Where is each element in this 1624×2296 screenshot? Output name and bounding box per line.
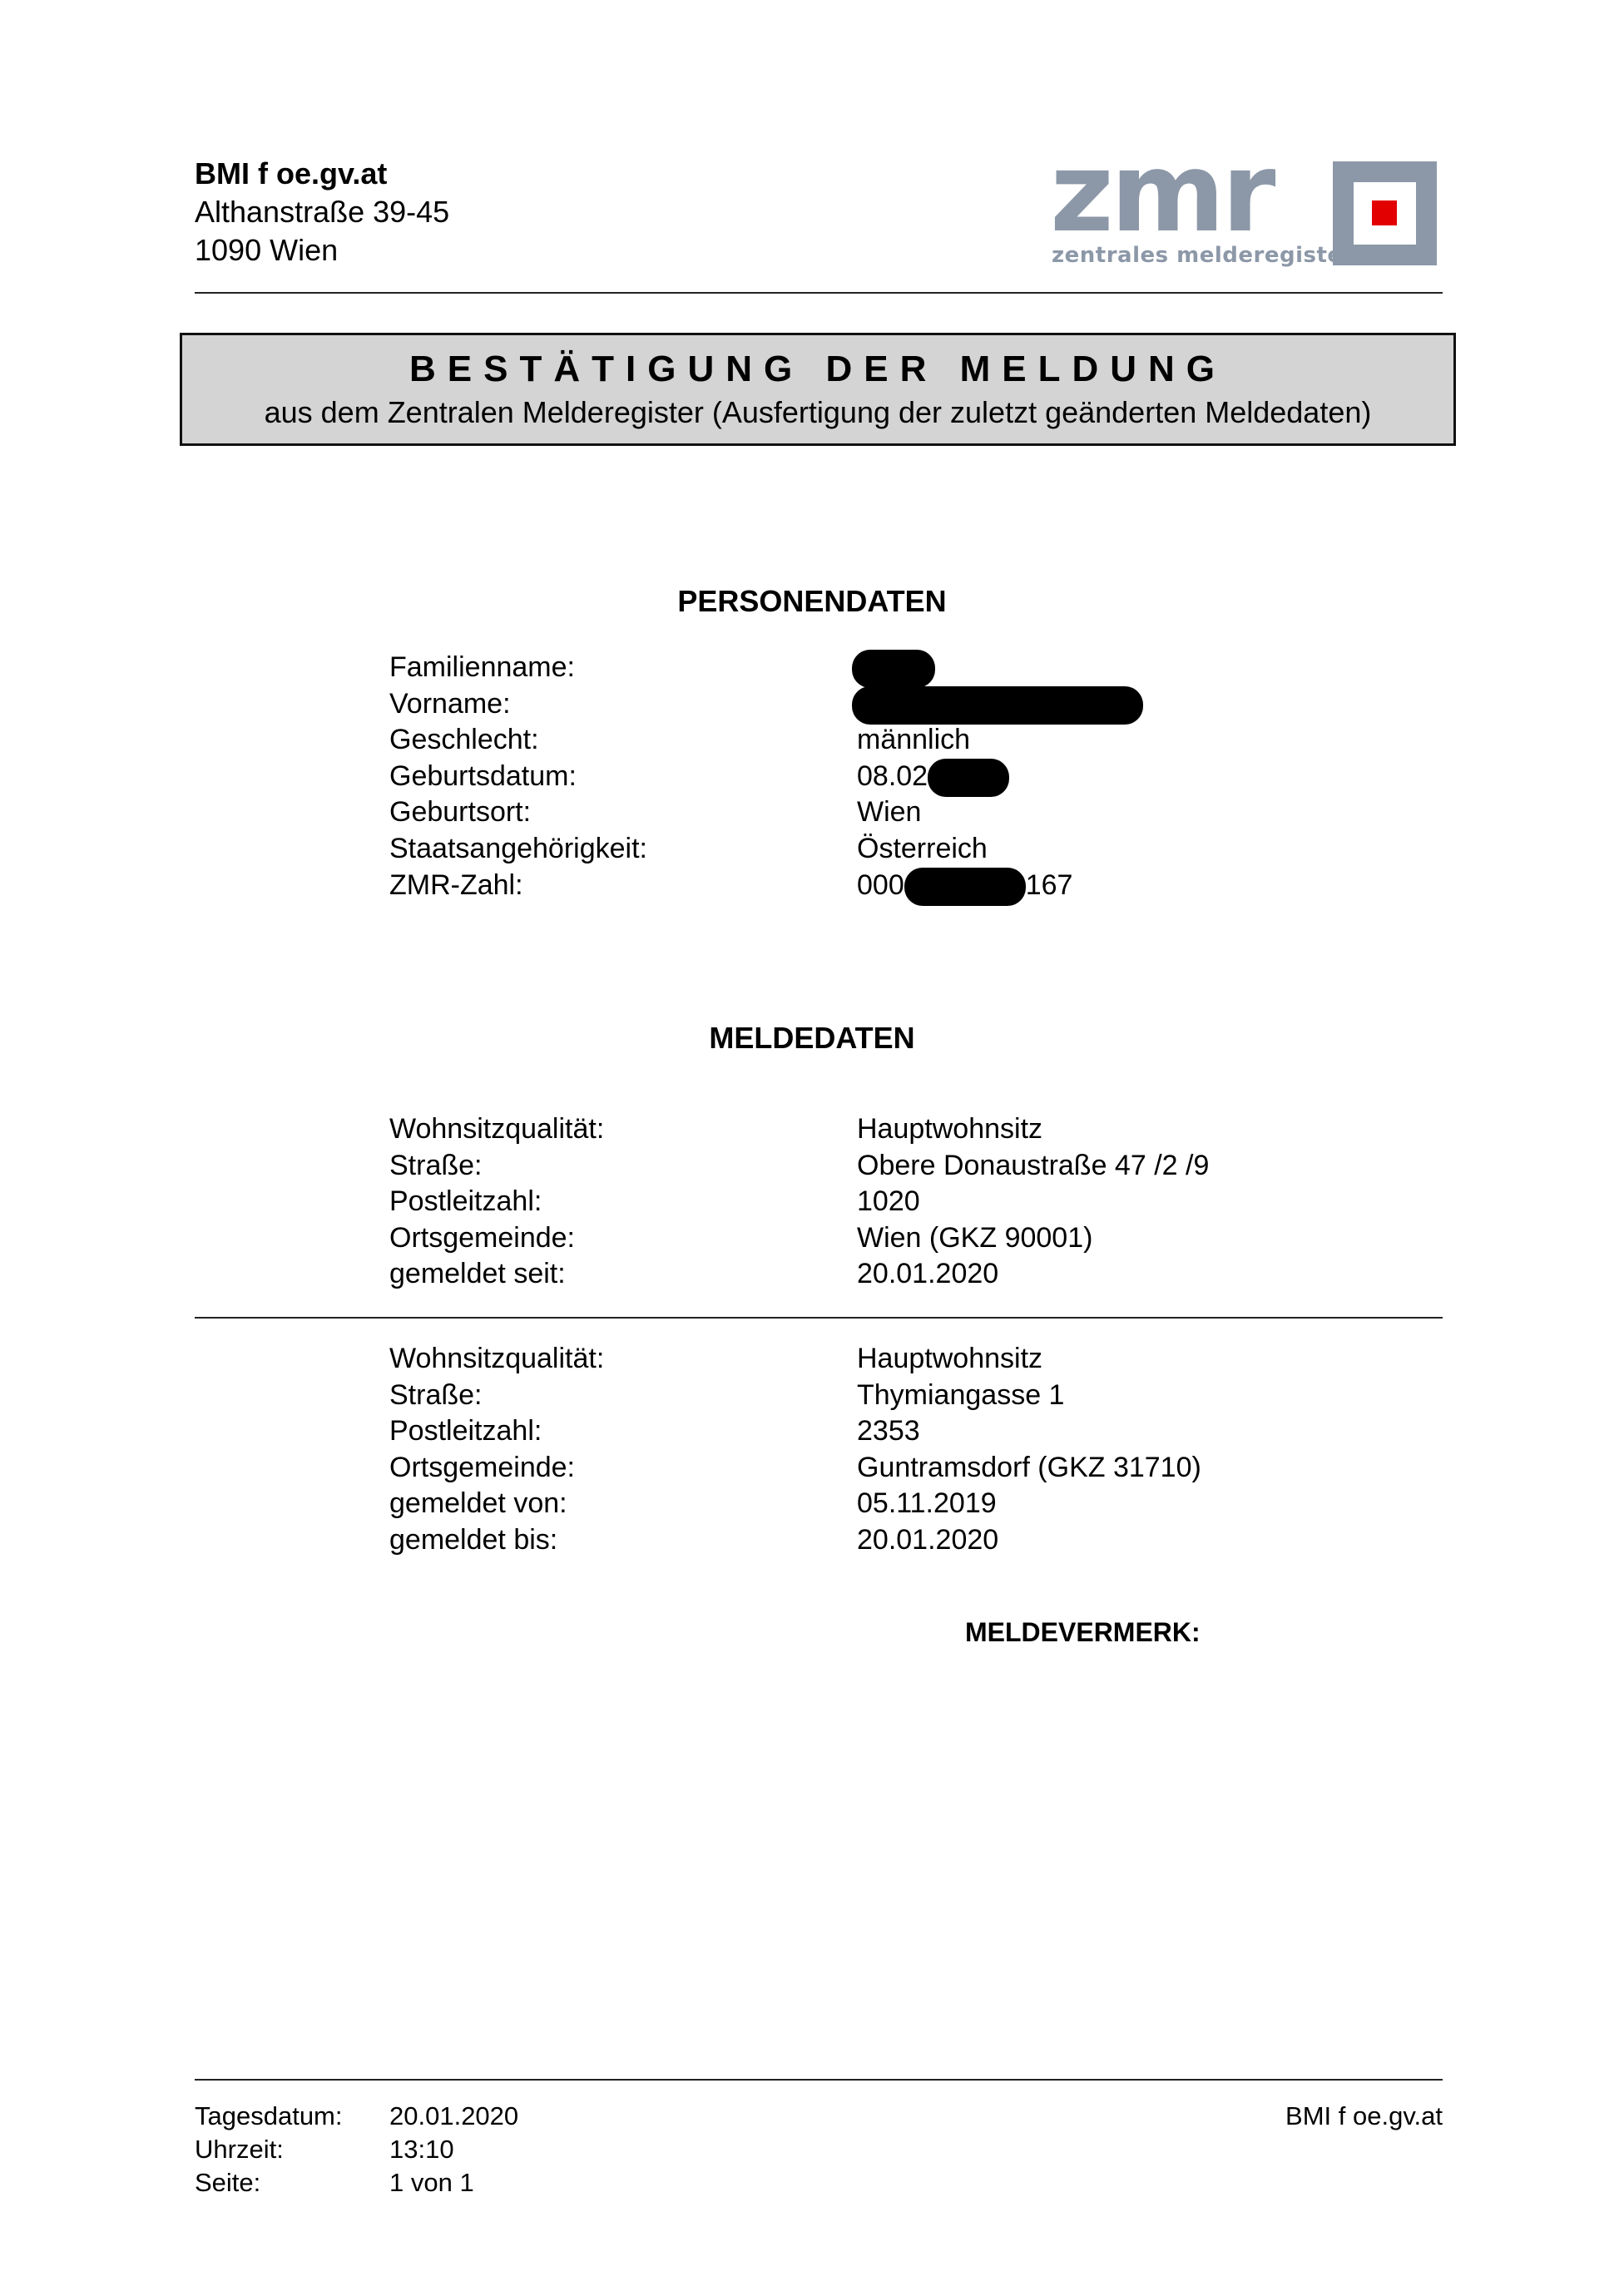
meldedaten-divider: [195, 1317, 1443, 1319]
field-value: Hauptwohnsitz: [857, 1111, 1042, 1147]
footer-value: 1 von 1: [389, 2166, 474, 2200]
field-label: gemeldet seit:: [389, 1255, 566, 1292]
field-value: Wien: [857, 794, 921, 830]
field-label: Staatsangehörigkeit:: [389, 830, 647, 867]
field-value: 08.02: [857, 758, 1009, 797]
field-label: Straße:: [389, 1147, 482, 1184]
header-divider: [195, 292, 1443, 294]
field-value: Hauptwohnsitz: [857, 1340, 1042, 1377]
field-label: gemeldet von:: [389, 1485, 567, 1522]
redaction-block: [928, 759, 1009, 797]
meldevermerk-label: MELDEVERMERK:: [965, 1617, 1201, 1648]
footer-label: Uhrzeit:: [195, 2133, 284, 2166]
field-value: männlich: [857, 721, 970, 758]
field-value: Guntramsdorf (GKZ 31710): [857, 1449, 1201, 1486]
title-box: BESTÄTIGUNG DER MELDUNG aus dem Zentrale…: [180, 333, 1456, 446]
field-value: Thymiangasse 1: [857, 1377, 1064, 1413]
field-value: 1020: [857, 1183, 920, 1220]
field-value: 20.01.2020: [857, 1255, 998, 1292]
footer-value: 13:10: [389, 2133, 454, 2166]
field-value: [852, 649, 935, 688]
field-value: 05.11.2019: [857, 1485, 997, 1522]
field-value: [852, 685, 1143, 725]
field-label: Ortsgemeinde:: [389, 1449, 575, 1486]
field-label: Geschlecht:: [389, 721, 539, 758]
footer-divider: [195, 2079, 1443, 2081]
footer-org: BMI f oe.gv.at: [1285, 2100, 1443, 2133]
field-value: Österreich: [857, 830, 988, 867]
field-value: Wien (GKZ 90001): [857, 1220, 1092, 1256]
issuer-name: BMI f oe.gv.at: [195, 155, 387, 193]
issuer-street: Althanstraße 39-45: [195, 193, 449, 231]
logo-wordmark: zmr: [1050, 138, 1272, 248]
field-label: Geburtsdatum:: [389, 758, 577, 794]
field-label: ZMR-Zahl:: [389, 867, 523, 903]
redaction-block: [904, 868, 1026, 906]
field-value: Obere Donaustraße 47 /2 /9: [857, 1147, 1209, 1184]
field-label: Geburtsort:: [389, 794, 531, 830]
document-subtitle: aus dem Zentralen Melderegister (Ausfert…: [182, 395, 1453, 430]
field-label: Straße:: [389, 1377, 482, 1413]
field-label: Wohnsitzqualität:: [389, 1111, 604, 1147]
footer-label: Tagesdatum:: [195, 2100, 343, 2133]
field-label: Ortsgemeinde:: [389, 1220, 575, 1256]
issuer-city: 1090 Wien: [195, 231, 338, 270]
field-value: 20.01.2020: [857, 1522, 998, 1558]
field-label: Vorname:: [389, 685, 511, 722]
logo-square-icon: [1333, 161, 1437, 265]
field-label: Postleitzahl:: [389, 1413, 542, 1449]
field-value: 2353: [857, 1413, 920, 1449]
logo-subtitle: zentrales melderegister: [1052, 243, 1354, 268]
field-label: Wohnsitzqualität:: [389, 1340, 604, 1377]
field-label: Postleitzahl:: [389, 1183, 542, 1220]
footer-label: Seite:: [195, 2166, 260, 2200]
field-value: 000167: [857, 867, 1072, 906]
section-heading-meldedaten: MELDEDATEN: [0, 1021, 1624, 1056]
zmr-logo: zmr zentrales melderegister: [1050, 156, 1441, 273]
redaction-block: [852, 686, 1143, 725]
section-heading-personendaten: PERSONENDATEN: [0, 584, 1624, 619]
field-label: gemeldet bis:: [389, 1522, 557, 1558]
document-title: BESTÄTIGUNG DER MELDUNG: [182, 349, 1453, 390]
redaction-block: [852, 650, 935, 688]
footer-value: 20.01.2020: [389, 2100, 518, 2133]
field-label: Familienname:: [389, 649, 575, 685]
